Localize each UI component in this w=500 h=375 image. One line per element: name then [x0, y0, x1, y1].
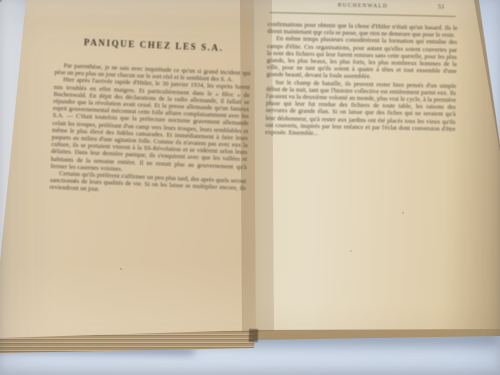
photo-open-book: PANIQUE CHEZ LES S.A. Par parenthèse, je… [0, 0, 500, 375]
right-paragraph: En même temps plusieurs considérèrent la… [266, 35, 457, 82]
paper-foxing-specks [0, 0, 2, 2]
page-number: 53 [438, 5, 444, 11]
left-paragraph: Hier après l'arrivée rapide d'Hitler, le… [50, 76, 250, 178]
right-page-text-block: BUCHENWALD 53 confirmations pour obtenir… [265, 1, 458, 140]
right-paragraph: Sur le champ de bataille, ils peuvent re… [265, 79, 456, 141]
left-page-text-block: PANIQUE CHEZ LES S.A. Par parenthèse, je… [49, 36, 251, 200]
running-header-title: BUCHENWALD [338, 2, 388, 9]
bottom-center-notch [249, 329, 258, 342]
